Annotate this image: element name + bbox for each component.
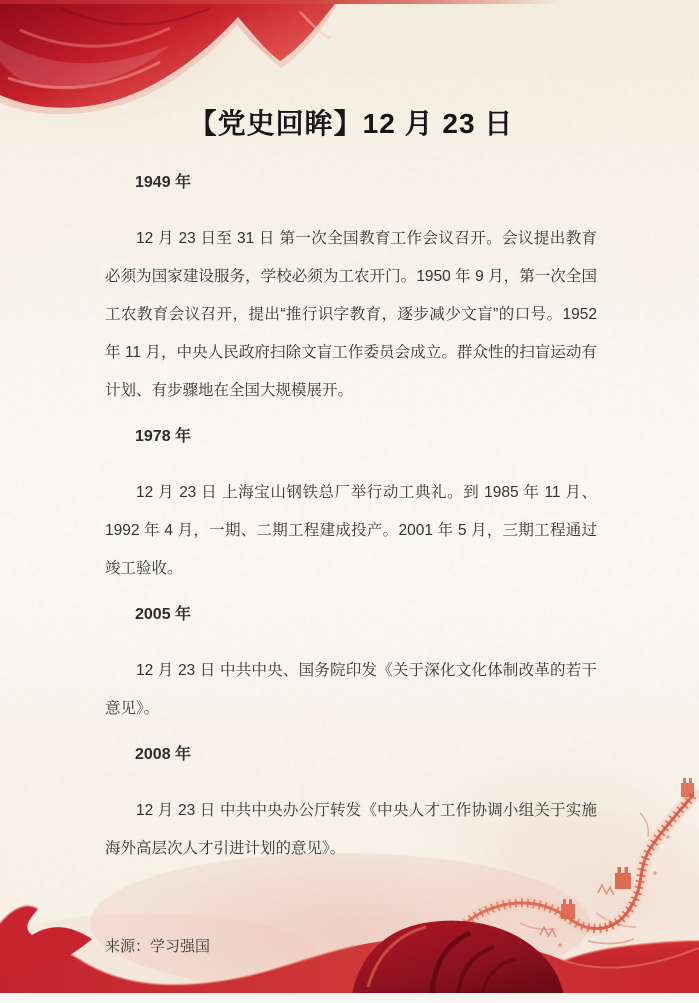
section-text-1978: 12 月 23 日 上海宝山钢铁总厂举行动工典礼。到 1985 年 11 月、1… [105, 474, 597, 588]
bottom-white-strip [0, 993, 699, 1003]
top-left-ribbon-decoration [0, 0, 345, 118]
ribbon-body [0, 0, 338, 108]
section-text-2005: 12 月 23 日 中共中央、国务院印发《关于深化文化体制改革的若干意见》。 [105, 652, 597, 728]
section-text-1949: 12 月 23 日至 31 日 第一次全国教育工作会议召开。会议提出教育必须为国… [105, 220, 597, 410]
article: 【党史回眸】12 月 23 日 1949 年 12 月 23 日至 31 日 第… [0, 106, 699, 957]
document-page: 【党史回眸】12 月 23 日 1949 年 12 月 23 日至 31 日 第… [0, 0, 699, 1003]
section-year-1978: 1978 年 [105, 426, 597, 448]
source-line: 来源：学习强国 [105, 936, 597, 957]
section-year-2005: 2005 年 [105, 604, 597, 626]
section-year-1949: 1949 年 [105, 172, 597, 194]
page-title: 【党史回眸】12 月 23 日 [105, 106, 597, 142]
section-year-2008: 2008 年 [105, 744, 597, 766]
top-edge-accent [0, 0, 699, 4]
section-text-2008: 12 月 23 日 中共中央办公厅转发《中央人才工作协调小组关于实施海外高层次人… [105, 792, 597, 868]
